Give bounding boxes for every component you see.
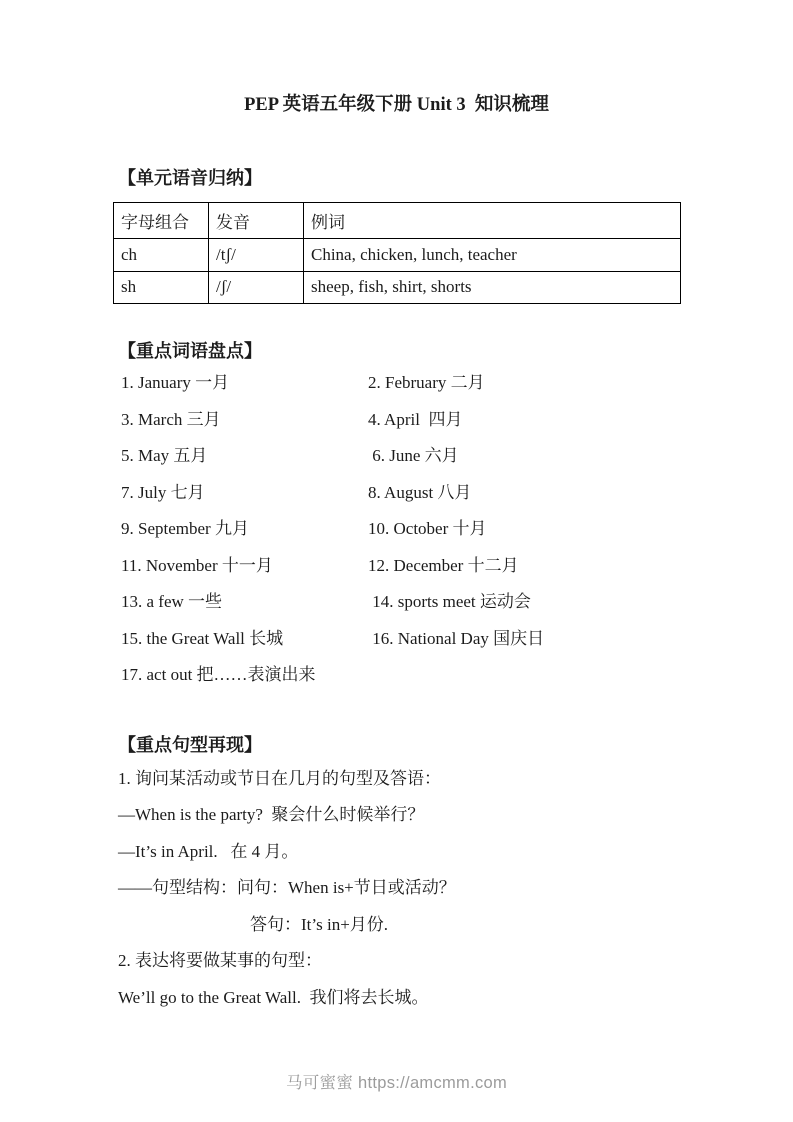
word-item: 5. May 五月: [121, 438, 368, 475]
word-item: 12. December 十二月: [368, 548, 680, 585]
word-row: 15. the Great Wall 长城 16. National Day 国…: [121, 621, 680, 658]
word-item: 1. January 一月: [121, 365, 368, 402]
word-item: 4. April 四月: [368, 402, 680, 439]
table-cell-letters: ch: [114, 239, 209, 272]
sentence-line: We’ll go to the Great Wall. 我们将去长城。: [118, 980, 680, 1017]
table-row: ch /tʃ/ China, chicken, lunch, teacher: [114, 239, 681, 272]
word-row: 5. May 五月 6. June 六月: [121, 438, 680, 475]
word-row: 13. a few 一些 14. sports meet 运动会: [121, 584, 680, 621]
table-cell-examples: China, chicken, lunch, teacher: [304, 239, 681, 272]
word-row: 17. act out 把……表演出来: [121, 657, 680, 694]
table-header-pronunciation: 发音: [209, 203, 304, 239]
sentence-line: —When is the party? 聚会什么时候举行？: [118, 797, 680, 834]
sentence-list: 1. 询问某活动或节日在几月的句型及答语： —When is the party…: [113, 761, 680, 1017]
section-heading-phonics: 【单元语音归纳】: [113, 165, 680, 191]
word-row: 7. July 七月 8. August 八月: [121, 475, 680, 512]
word-item: 16. National Day 国庆日: [368, 621, 680, 658]
word-row: 11. November 十一月 12. December 十二月: [121, 548, 680, 585]
word-item: 10. October 十月: [368, 511, 680, 548]
sentence-line: 2. 表达将要做某事的句型：: [118, 943, 680, 980]
table-header-row: 字母组合 发音 例词: [114, 203, 681, 239]
table-row: sh /ʃ/ sheep, fish, shirt, shorts: [114, 271, 681, 304]
word-item: 15. the Great Wall 长城: [121, 621, 368, 658]
table-cell-pronunciation: /tʃ/: [209, 239, 304, 272]
section-heading-sentences: 【重点句型再现】: [113, 732, 680, 758]
table-cell-pronunciation: /ʃ/: [209, 271, 304, 304]
sentence-line: —It’s in April. 在 4 月。: [118, 834, 680, 871]
table-cell-letters: sh: [114, 271, 209, 304]
word-row: 1. January 一月 2. February 二月: [121, 365, 680, 402]
word-item: 9. September 九月: [121, 511, 368, 548]
phonics-table: 字母组合 发音 例词 ch /tʃ/ China, chicken, lunch…: [113, 202, 681, 304]
word-item: 2. February 二月: [368, 365, 680, 402]
word-item: 14. sports meet 运动会: [368, 584, 680, 621]
word-item: 17. act out 把……表演出来: [121, 657, 368, 694]
word-item: 6. June 六月: [368, 438, 680, 475]
word-item: 7. July 七月: [121, 475, 368, 512]
footer-watermark: 马可蜜蜜 https://amcmm.com: [0, 1069, 793, 1093]
word-row: 3. March 三月 4. April 四月: [121, 402, 680, 439]
table-header-examples: 例词: [304, 203, 681, 239]
word-list: 1. January 一月 2. February 二月 3. March 三月…: [113, 365, 680, 694]
page-title: PEP 英语五年级下册 Unit 3 知识梳理: [113, 0, 680, 118]
word-item: 8. August 八月: [368, 475, 680, 512]
document-page: PEP 英语五年级下册 Unit 3 知识梳理 【单元语音归纳】 字母组合 发音…: [0, 0, 793, 1122]
word-item: [368, 657, 680, 694]
word-row: 9. September 九月 10. October 十月: [121, 511, 680, 548]
table-header-letters: 字母组合: [114, 203, 209, 239]
section-heading-words: 【重点词语盘点】: [113, 338, 680, 364]
table-cell-examples: sheep, fish, shirt, shorts: [304, 271, 681, 304]
sentence-line: 1. 询问某活动或节日在几月的句型及答语：: [118, 761, 680, 798]
word-item: 3. March 三月: [121, 402, 368, 439]
sentence-line-answer-pattern: 答句：It’s in+月份.: [118, 907, 680, 944]
sentence-line: ——句型结构：问句：When is+节日或活动？: [118, 870, 680, 907]
word-item: 11. November 十一月: [121, 548, 368, 585]
word-item: 13. a few 一些: [121, 584, 368, 621]
